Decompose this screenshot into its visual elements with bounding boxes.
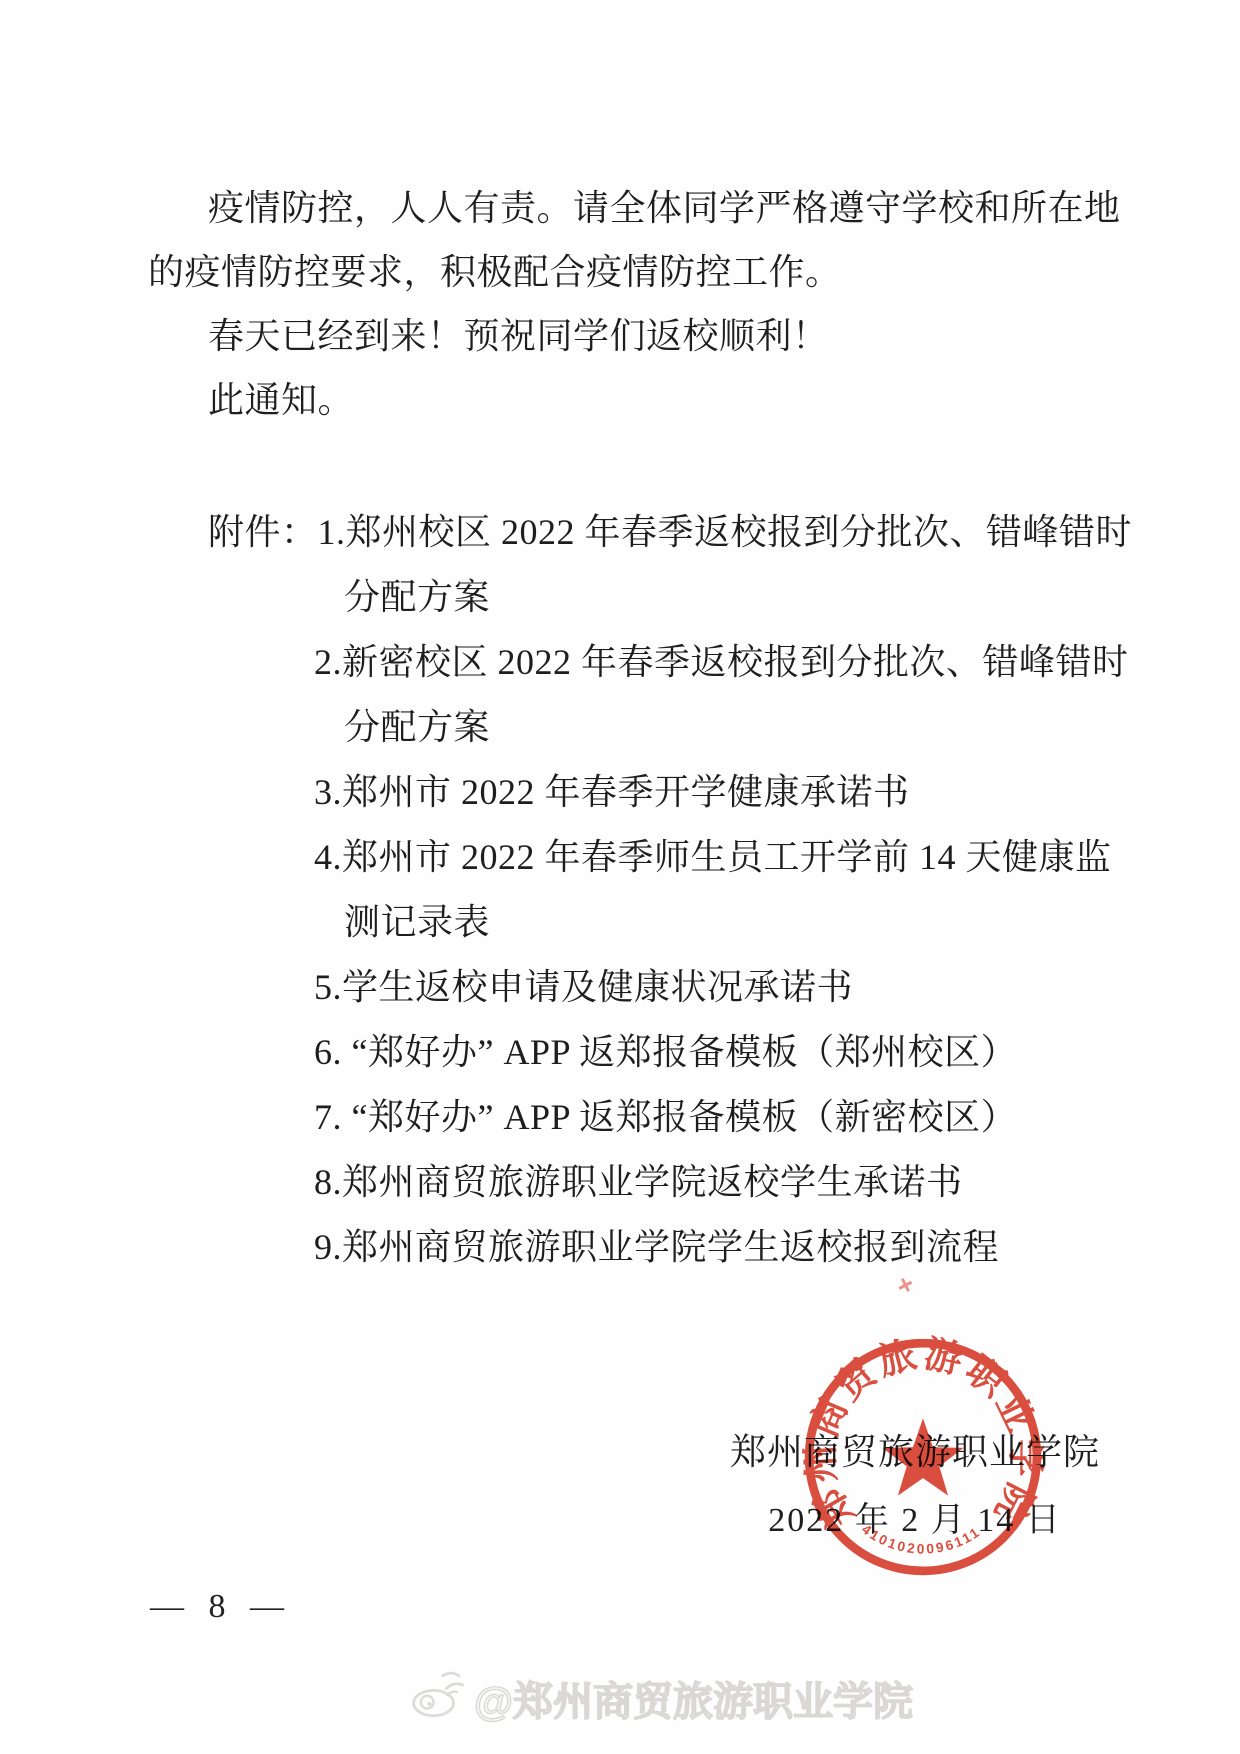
attachment-line: 4.郑州市 2022 年春季师生员工开学前 14 天健康监 [148, 825, 1168, 890]
paragraph-line: 春天已经到来！预祝同学们返校顺利！ [148, 304, 1108, 368]
attachment-line: 9.郑州商贸旅游职业学院学生返校报到流程 [148, 1215, 1168, 1280]
official-seal: 郑州商贸旅游职业学院 4101020096111 [801, 1335, 1045, 1579]
page-number: — 8 — [150, 1588, 292, 1626]
attachment-line: 5.学生返校申请及健康状况承诺书 [148, 955, 1168, 1020]
seal-smudge-mark [896, 1276, 914, 1294]
seal-star-icon [882, 1418, 963, 1495]
watermark-text: @郑州商贸旅游职业学院 [474, 1682, 913, 1722]
attachment-line: 分配方案 [148, 695, 1168, 760]
paragraph-line: 疫情防控，人人有责。请全体同学严格遵守学校和所在地 [148, 176, 1108, 240]
watermark: @郑州商贸旅游职业学院 [410, 1666, 913, 1722]
attachment-line: 3.郑州市 2022 年春季开学健康承诺书 [148, 760, 1168, 825]
paragraph-line: 的疫情防控要求，积极配合疫情防控工作。 [148, 240, 1108, 304]
attachment-list: 附件：1.郑州校区 2022 年春季返校报到分批次、错峰错时 分配方案 2.新密… [148, 500, 1168, 1280]
attachment-line: 测记录表 [148, 890, 1168, 955]
document-page: 疫情防控，人人有责。请全体同学严格遵守学校和所在地 的疫情防控要求，积极配合疫情… [0, 0, 1240, 1754]
attachment-line: 8.郑州商贸旅游职业学院返校学生承诺书 [148, 1150, 1168, 1215]
seal-serial-number: 4101020096111 [859, 1522, 982, 1557]
weibo-icon [410, 1666, 468, 1722]
body-paragraphs: 疫情防控，人人有责。请全体同学严格遵守学校和所在地 的疫情防控要求，积极配合疫情… [148, 176, 1108, 432]
attachment-line: 7. “郑好办” APP 返郑报备模板（新密校区） [148, 1085, 1168, 1150]
attachment-line: 分配方案 [148, 565, 1168, 630]
paragraph-line: 此通知。 [148, 368, 1108, 432]
svg-text:4101020096111: 4101020096111 [859, 1522, 982, 1557]
attachment-line: 2.新密校区 2022 年春季返校报到分批次、错峰错时 [148, 630, 1168, 695]
attachment-line: 附件：1.郑州校区 2022 年春季返校报到分批次、错峰错时 [148, 500, 1168, 565]
attachment-line: 6. “郑好办” APP 返郑报备模板（郑州校区） [148, 1020, 1168, 1085]
